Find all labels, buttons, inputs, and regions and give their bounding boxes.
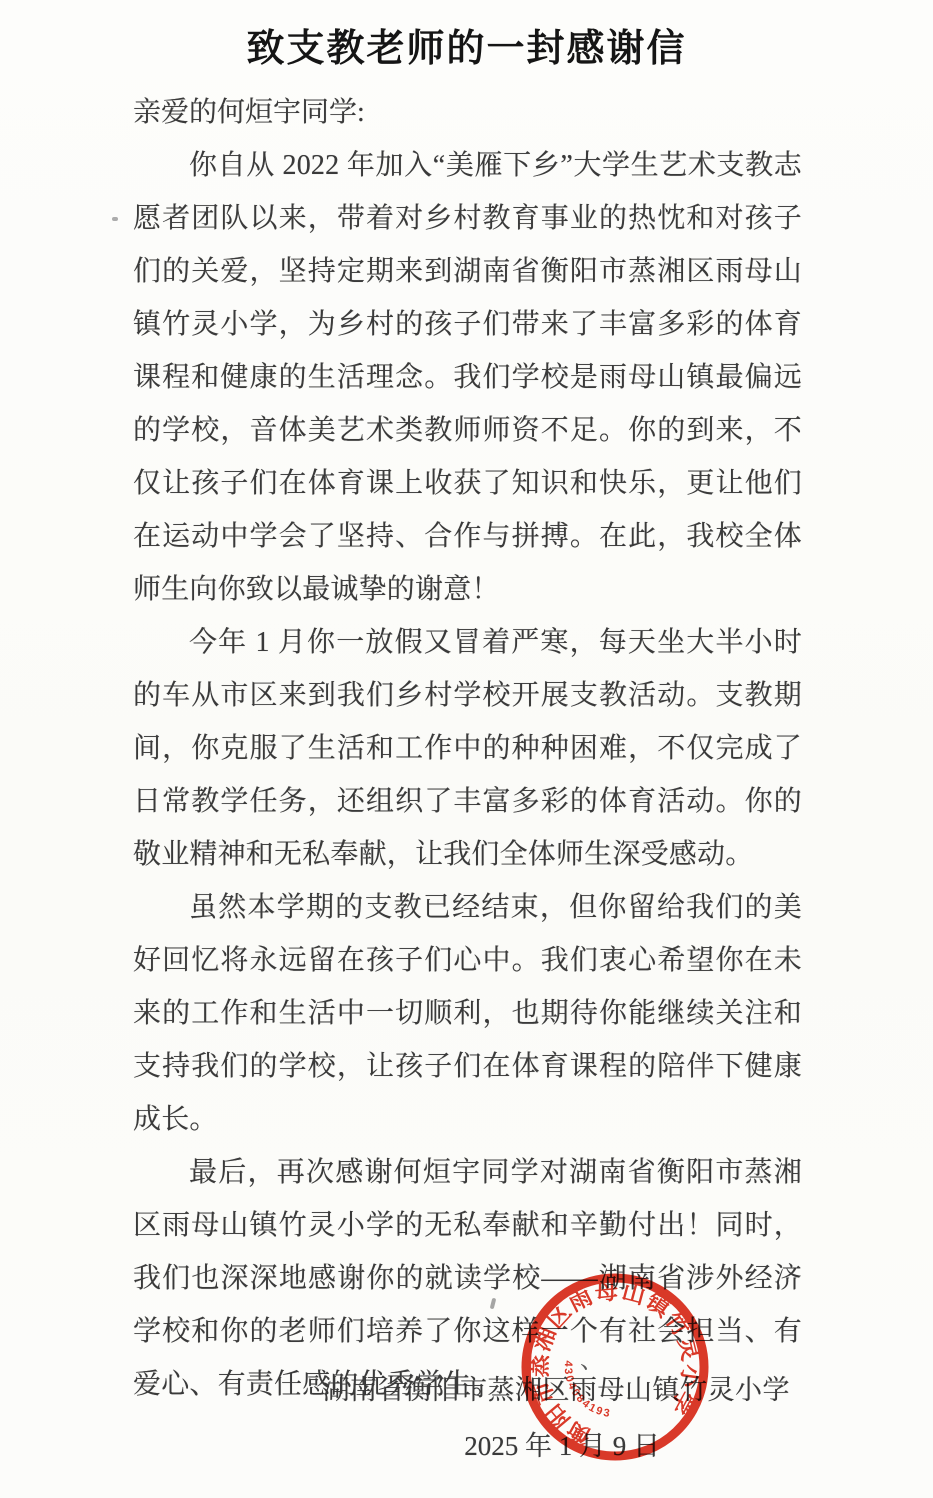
scan-speck [112, 217, 118, 221]
letter-title-text: 致支教老师的一封感谢信 [246, 28, 686, 70]
letter-body: 你自从 2022 年加入“美雁下乡”大学生艺术支教志愿者团队以来，带着对乡村教育… [133, 139, 802, 1411]
letter-paragraph-3: 虽然本学期的支教已经结束，但你留给我们的美好回忆将永远留在孩子们心中。我们衷心希… [133, 881, 802, 1146]
seal-ring-text: 衡阳市蒸湘区雨母山镇竹灵小学 [504, 1256, 721, 1460]
letter-paragraph-2: 今年 1 月你一放假又冒着严寒，每天坐大半小时的车从市区来到我们乡村学校开展支教… [133, 616, 802, 881]
letter-title: 致支教老师的一封感谢信 [0, 0, 933, 74]
letter-salutation: 亲爱的何烜宇同学: [133, 86, 800, 139]
letter-page: 致支教老师的一封感谢信 亲爱的何烜宇同学: 你自从 2022 年加入“美雁下乡”… [0, 0, 933, 1498]
letter-paragraph-1: 你自从 2022 年加入“美雁下乡”大学生艺术支教志愿者团队以来，带着对乡村教育… [133, 139, 802, 616]
